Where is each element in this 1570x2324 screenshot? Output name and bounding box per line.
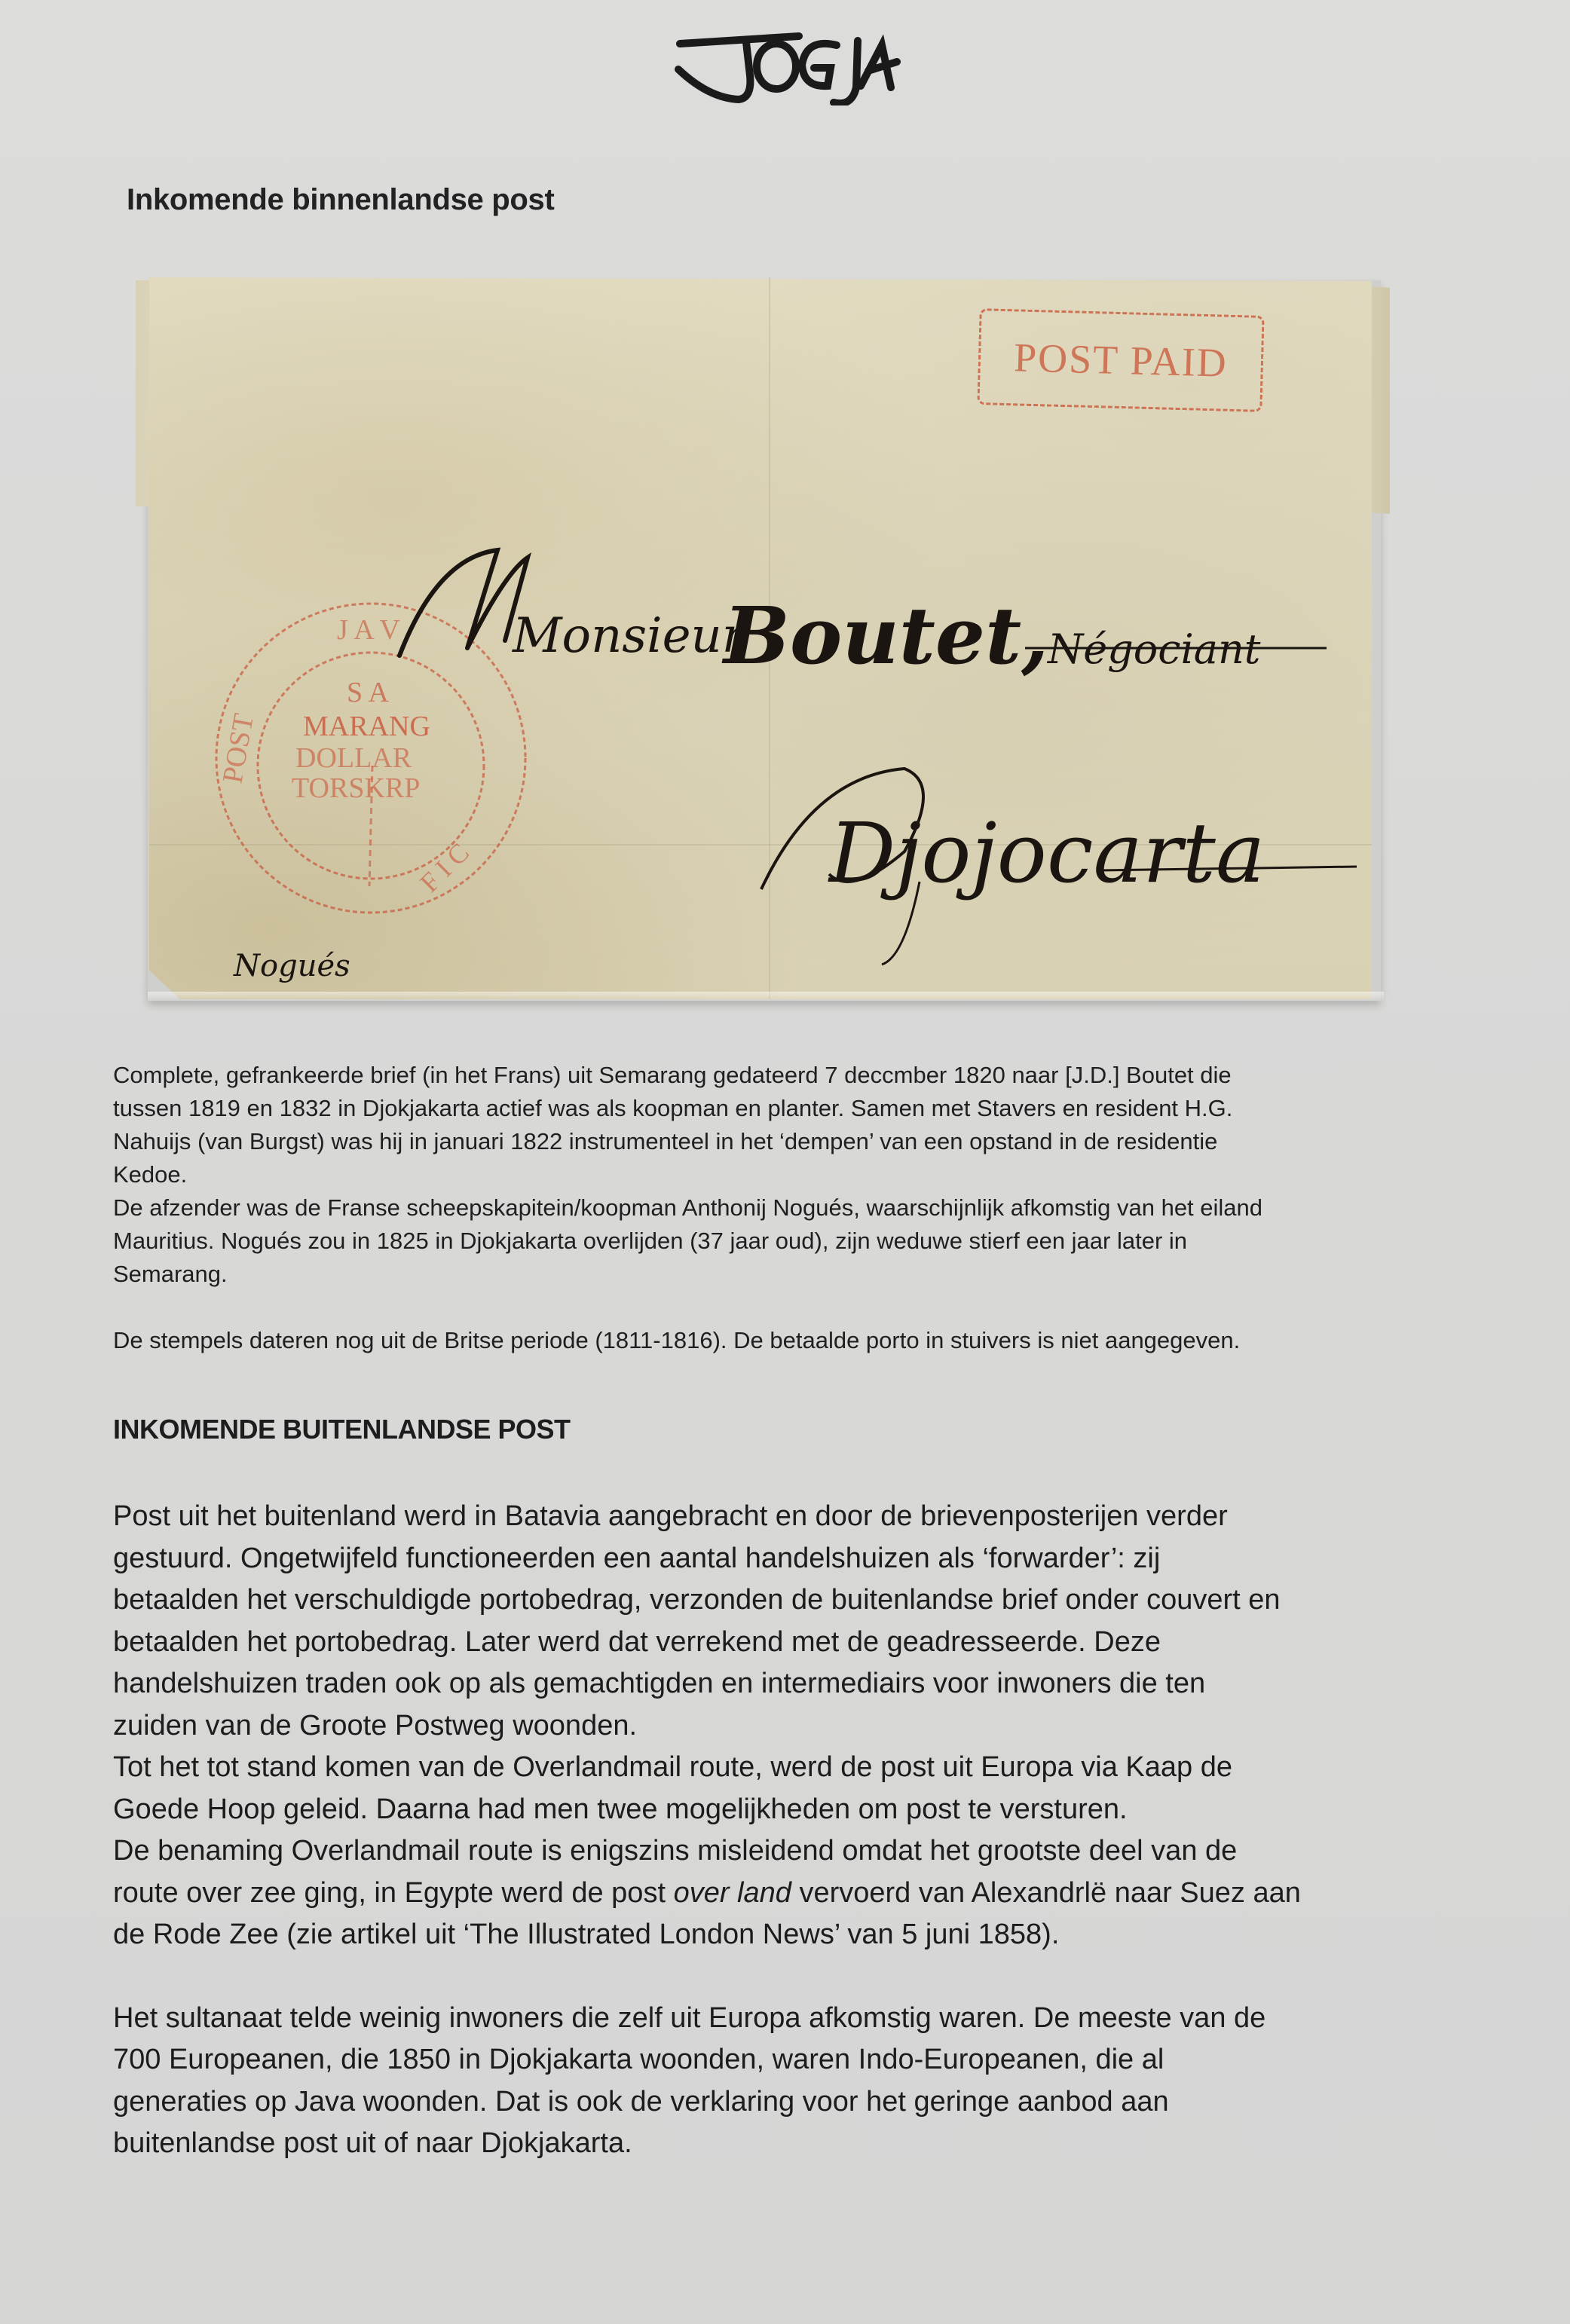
- body-line: betaalden het portobedrag. Later werd da…: [113, 1622, 1440, 1664]
- caption-line: Kedoe.: [113, 1158, 1440, 1191]
- body-line: gestuurd. Ongetwijfeld functioneerden ee…: [113, 1538, 1440, 1580]
- handwritten-monsieur: Monsieur: [354, 527, 746, 693]
- recipient-name-text: Boutet,: [721, 589, 1048, 682]
- body-line: handelshuizen traden ook op als gemachti…: [113, 1663, 1440, 1705]
- caption-line: tussen 1819 en 1832 in Djokjakarta actie…: [113, 1092, 1440, 1125]
- svg-text:F I C: F I C: [414, 837, 475, 898]
- sleeve-glare: [148, 992, 1384, 1002]
- handwritten-city: Djojocarta: [754, 761, 1372, 972]
- section-title-foreign-post: INKOMENDE BUITENLANDSE POST: [113, 1414, 571, 1445]
- body-line: 700 Europeanen, die 1850 in Djokjakarta …: [113, 2039, 1440, 2081]
- jogja-handwritten-header: JOGJA: [663, 15, 904, 105]
- body-line: Tot het tot stand komen van de Overlandm…: [113, 1747, 1440, 1789]
- section-title-domestic-post: Inkomende binnenlandse post: [127, 183, 555, 217]
- letter-caption: Complete, gefrankeerde brief (in het Fra…: [113, 1059, 1440, 1357]
- svg-text:POST: POST: [217, 711, 260, 786]
- body-line-italic-mixed: route over zee ging, in Egypte werd de p…: [113, 1873, 1440, 1915]
- salutation-text: Monsieur: [512, 608, 748, 664]
- handwritten-jogja-icon: [663, 15, 904, 105]
- sender-name-text: Nogués: [233, 949, 350, 983]
- text-after-italic: vervoerd van Alexandrlë naar Suez aan: [791, 1877, 1301, 1909]
- caption-line: Mauritius. Nogués zou in 1825 in Djokjak…: [113, 1225, 1440, 1258]
- caption-line: De afzender was de Franse scheepskapitei…: [113, 1191, 1440, 1225]
- caption-line: Complete, gefrankeerde brief (in het Fra…: [113, 1059, 1440, 1092]
- handwritten-sender: Nogués: [234, 934, 399, 995]
- text-before-italic: route over zee ging, in Egypte werd de p…: [113, 1877, 674, 1909]
- body-line: generaties op Java woonden. Dat is ook d…: [113, 2081, 1440, 2124]
- body-line: buitenlandse post uit of naar Djokjakart…: [113, 2123, 1440, 2165]
- postpaid-stamp-text: POST PAID: [1013, 334, 1228, 386]
- body-line: De benaming Overlandmail route is enigsz…: [113, 1830, 1440, 1873]
- caption-line: Nahuijs (van Burgst) was hij in januari …: [113, 1125, 1440, 1158]
- foreign-post-body: Post uit het buitenland werd in Batavia …: [113, 1496, 1440, 2165]
- postmark-line-2: MARANG: [303, 711, 430, 742]
- handwritten-recipient: Boutet, Négociant: [724, 573, 1342, 708]
- body-line: betaalden het verschuldigde portobedrag,…: [113, 1579, 1440, 1622]
- italic-over-land: over land: [674, 1877, 791, 1909]
- postmark-line-3: DOLLAR: [295, 742, 412, 774]
- album-page: JOGJA Inkomende binnenlandse post POST P…: [0, 0, 1570, 2324]
- postpaid-stamp: POST PAID: [977, 308, 1264, 412]
- caption-stamps-note: De stempels dateren nog uit de Britse pe…: [113, 1324, 1440, 1357]
- postmark-line-4: TORSKRP: [292, 772, 420, 804]
- body-line: Het sultanaat telde weinig inwoners die …: [113, 1998, 1440, 2040]
- city-text: Djojocarta: [828, 805, 1265, 901]
- caption-line: Semarang.: [113, 1258, 1440, 1291]
- body-line: Goede Hoop geleid. Daarna had men twee m…: [113, 1789, 1440, 1831]
- body-line: zuiden van de Groote Postweg woonden.: [113, 1705, 1440, 1748]
- body-line: Post uit het buitenland werd in Batavia …: [113, 1496, 1440, 1538]
- body-line: de Rode Zee (zie artikel uit ‘The Illust…: [113, 1914, 1440, 1956]
